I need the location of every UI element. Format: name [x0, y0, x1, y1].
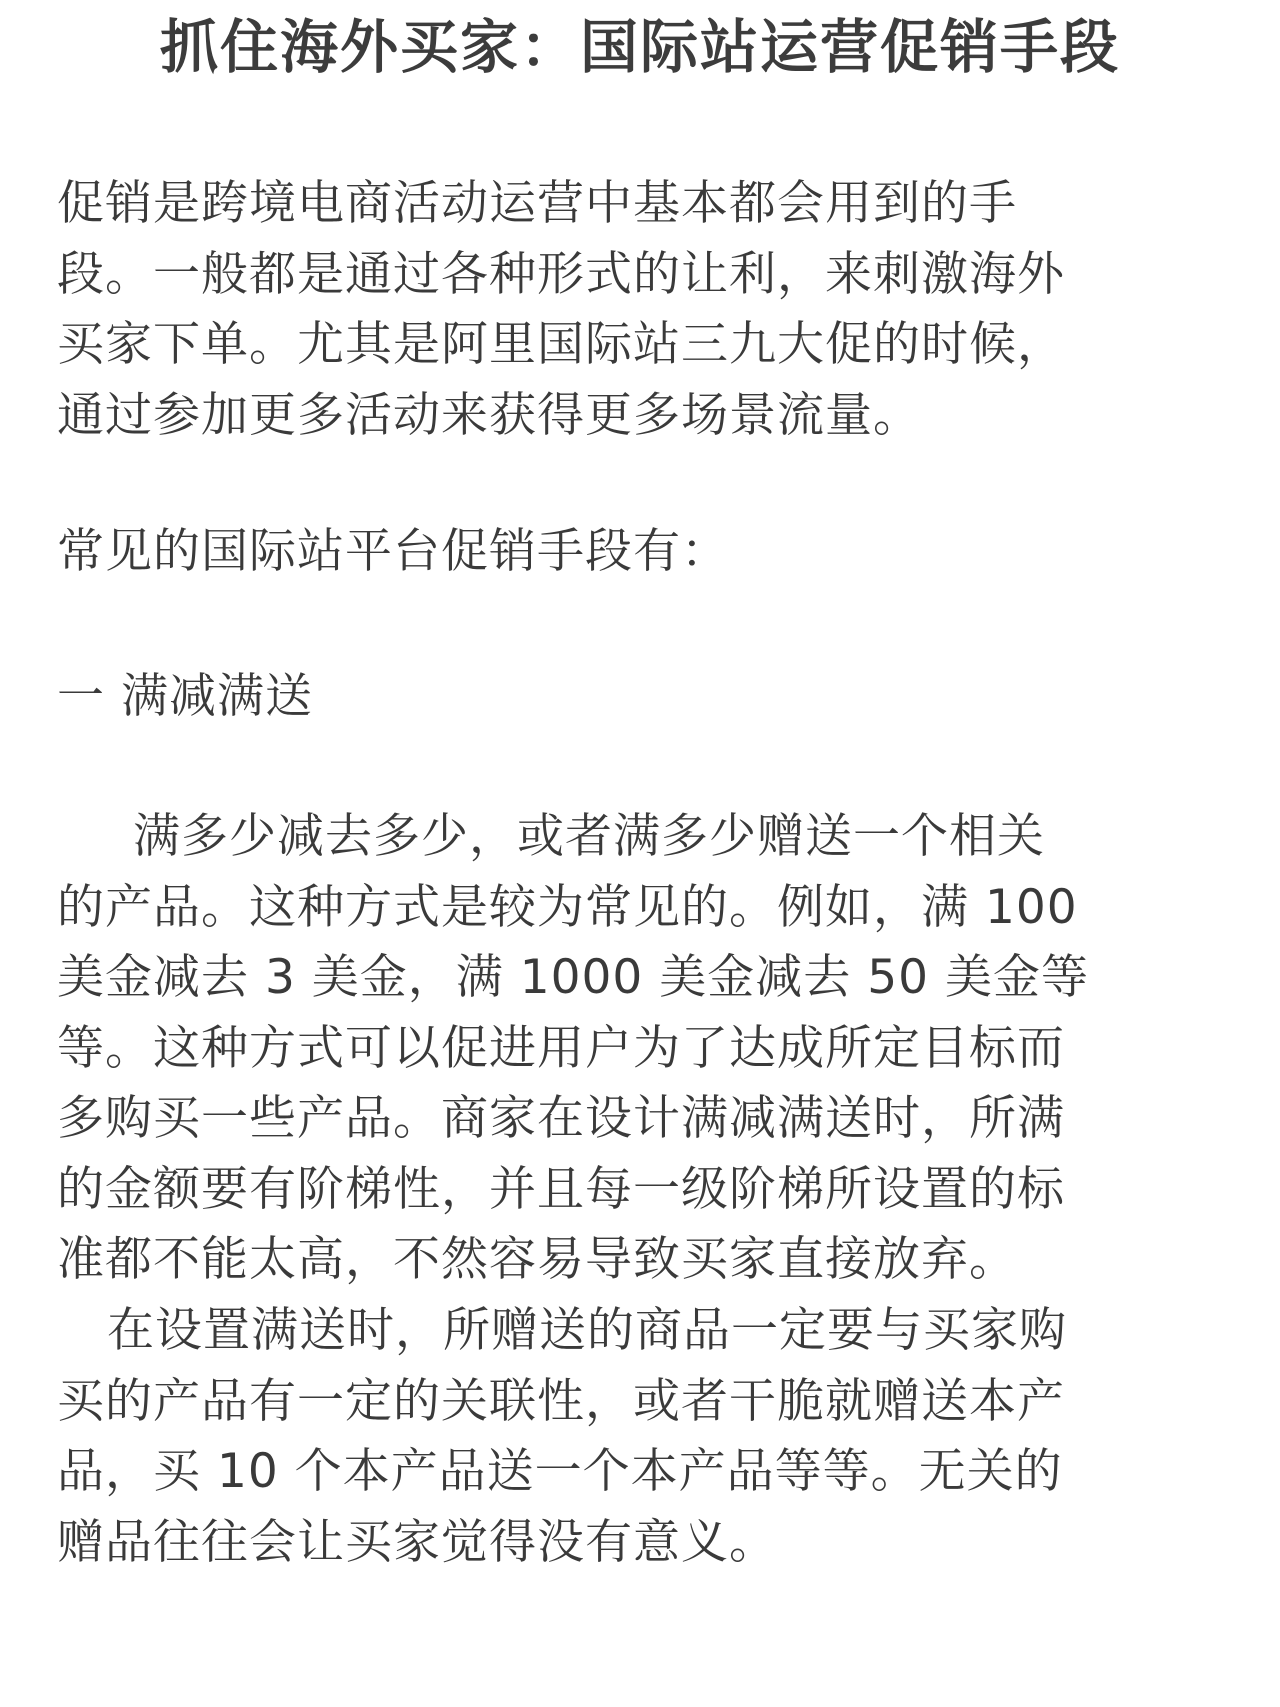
- paragraph-line: 买的产品有一定的关联性，或者干脆就赠送本产: [57, 1367, 1247, 1438]
- list-intro: 常见的国际站平台促销手段有：: [57, 517, 1247, 588]
- paragraph-line: 准都不能太高，不然容易导致买家直接放弃。: [57, 1225, 1247, 1296]
- intro-line: 通过参加更多活动来获得更多场景流量。: [57, 381, 1247, 452]
- section-heading: 一 满减满送: [57, 662, 1247, 733]
- paragraph-line: 的金额要有阶梯性，并且每一级阶梯所设置的标: [57, 1155, 1247, 1226]
- paragraph-line: 多购买一些产品。商家在设计满减满送时，所满: [57, 1084, 1247, 1155]
- article-page: 抓住海外买家：国际站运营促销手段 促销是跨境电商活动运营中基本都会用到的手 段。…: [0, 0, 1280, 1707]
- paragraph-line: 满多少减去多少，或者满多少赠送一个相关: [57, 802, 1247, 873]
- intro-line: 促销是跨境电商活动运营中基本都会用到的手: [57, 169, 1247, 240]
- section-1-paragraph-2: 在设置满送时，所赠送的商品一定要与买家购 买的产品有一定的关联性，或者干脆就赠送…: [57, 1296, 1247, 1578]
- section-1-heading: 一 满减满送: [57, 662, 1247, 733]
- article-title: 抓住海外买家：国际站运营促销手段: [0, 12, 1280, 82]
- paragraph-line: 等。这种方式可以促进用户为了达成所定目标而: [57, 1014, 1247, 1085]
- section-1-paragraph-1: 满多少减去多少，或者满多少赠送一个相关 的产品。这种方式是较为常见的。例如，满 …: [57, 802, 1247, 1296]
- intro-line: 买家下单。尤其是阿里国际站三九大促的时候，: [57, 310, 1247, 381]
- paragraph-line: 的产品。这种方式是较为常见的。例如，满 100: [57, 873, 1247, 944]
- paragraph-line: 赠品往往会让买家觉得没有意义。: [57, 1508, 1247, 1579]
- paragraph-line: 在设置满送时，所赠送的商品一定要与买家购: [57, 1296, 1247, 1367]
- intro-paragraph: 促销是跨境电商活动运营中基本都会用到的手 段。一般都是通过各种形式的让利，来刺激…: [57, 169, 1247, 451]
- intro-line: 段。一般都是通过各种形式的让利，来刺激海外: [57, 240, 1247, 311]
- paragraph-line: 品，买 10 个本产品送一个本产品等等。无关的: [57, 1437, 1247, 1508]
- paragraph-line: 美金减去 3 美金，满 1000 美金减去 50 美金等: [57, 943, 1247, 1014]
- list-intro-text: 常见的国际站平台促销手段有：: [57, 517, 1247, 588]
